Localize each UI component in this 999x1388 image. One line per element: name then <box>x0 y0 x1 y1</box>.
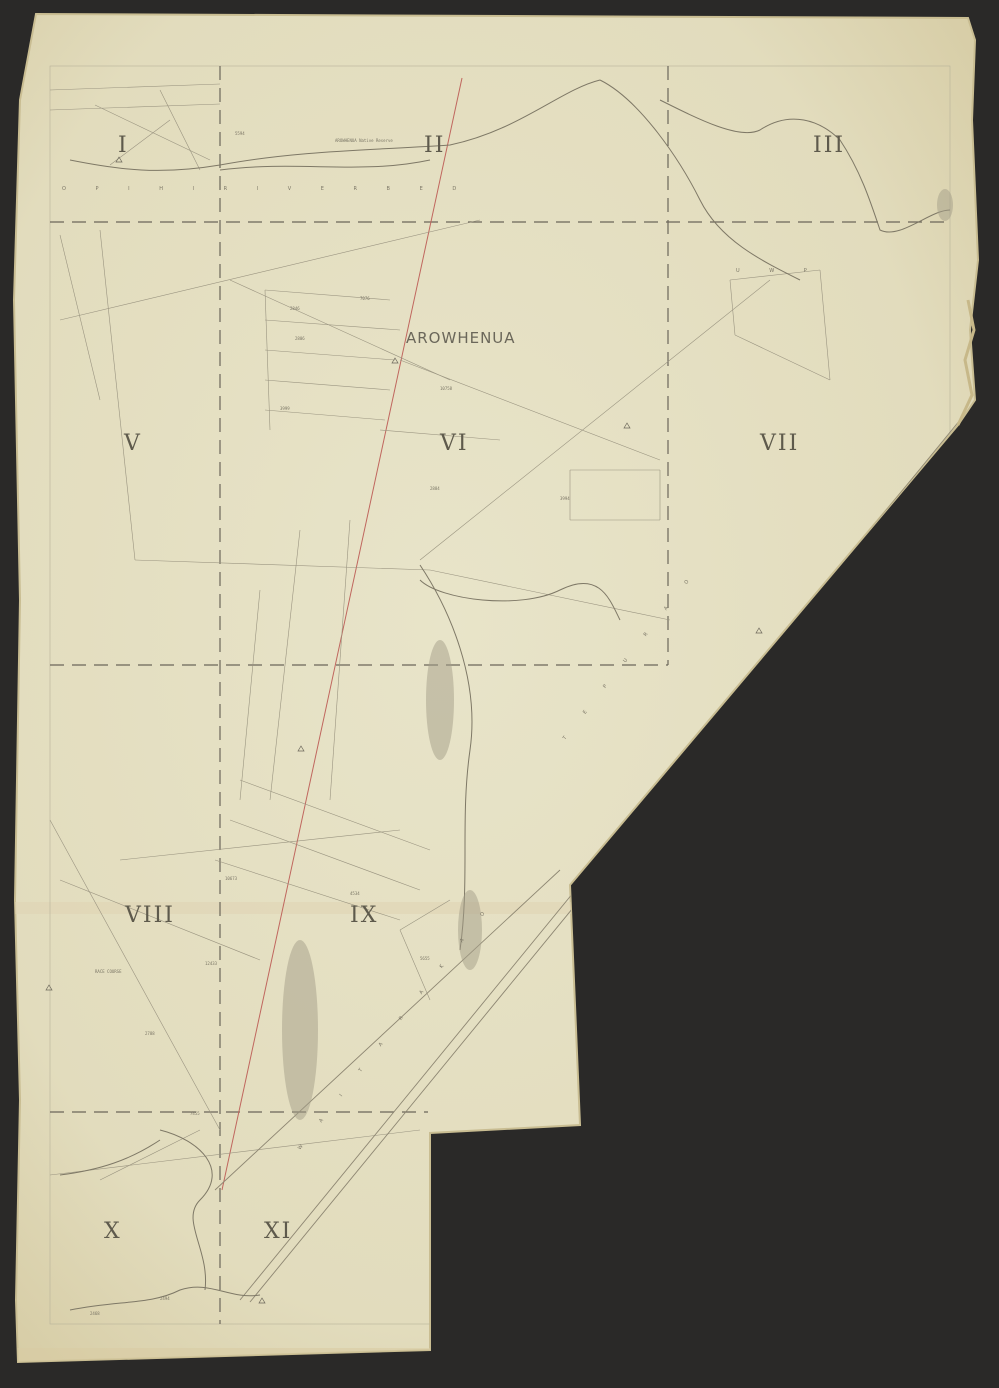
svg-text:4534: 4534 <box>350 891 360 896</box>
map-viewer: I II III V VI VII VIII IX X XI AROWHENUA… <box>0 0 999 1388</box>
sheet-label-III: III <box>813 133 845 158</box>
river-bed-lettering: O P I H I R I V E R B E D <box>62 186 470 192</box>
svg-text:5594: 5594 <box>235 131 245 136</box>
sheet-label-I: I <box>118 133 129 158</box>
svg-text:7455: 7455 <box>190 1111 200 1116</box>
svg-text:2468: 2468 <box>90 1311 100 1316</box>
sheet-label-VII: VII <box>759 431 799 456</box>
scanned-map: I II III V VI VII VIII IX X XI AROWHENUA… <box>0 0 999 1388</box>
sheet-label-XI: XI <box>264 1219 292 1244</box>
svg-text:2846: 2846 <box>290 306 300 311</box>
svg-text:2806: 2806 <box>295 336 305 341</box>
river-lettering-right: U W P <box>736 268 821 274</box>
paper-sheet <box>14 14 978 1362</box>
native-reserve-label: AROWHENUA Native Reserve <box>335 138 393 143</box>
sheet-label-II: II <box>424 133 445 158</box>
svg-text:2884: 2884 <box>430 486 440 491</box>
sheet-label-V: V <box>123 431 142 456</box>
svg-text:10758: 10758 <box>440 386 453 391</box>
sheet-label-X: X <box>104 1219 122 1244</box>
sheet-label-IX: IX <box>350 903 378 928</box>
svg-text:2788: 2788 <box>145 1031 155 1036</box>
svg-text:7076: 7076 <box>360 296 370 301</box>
svg-text:12433: 12433 <box>205 961 218 966</box>
sheet-label-VI: VI <box>439 431 469 456</box>
race-course-label: RACE COURSE <box>95 969 122 974</box>
svg-text:3994: 3994 <box>560 496 570 501</box>
place-name-arowhenua: AROWHENUA <box>406 329 516 347</box>
sheet-label-VIII: VIII <box>124 903 175 928</box>
svg-text:10673: 10673 <box>225 876 238 881</box>
svg-text:5655: 5655 <box>420 956 430 961</box>
svg-text:2494: 2494 <box>160 1296 170 1301</box>
svg-text:3999: 3999 <box>280 406 290 411</box>
